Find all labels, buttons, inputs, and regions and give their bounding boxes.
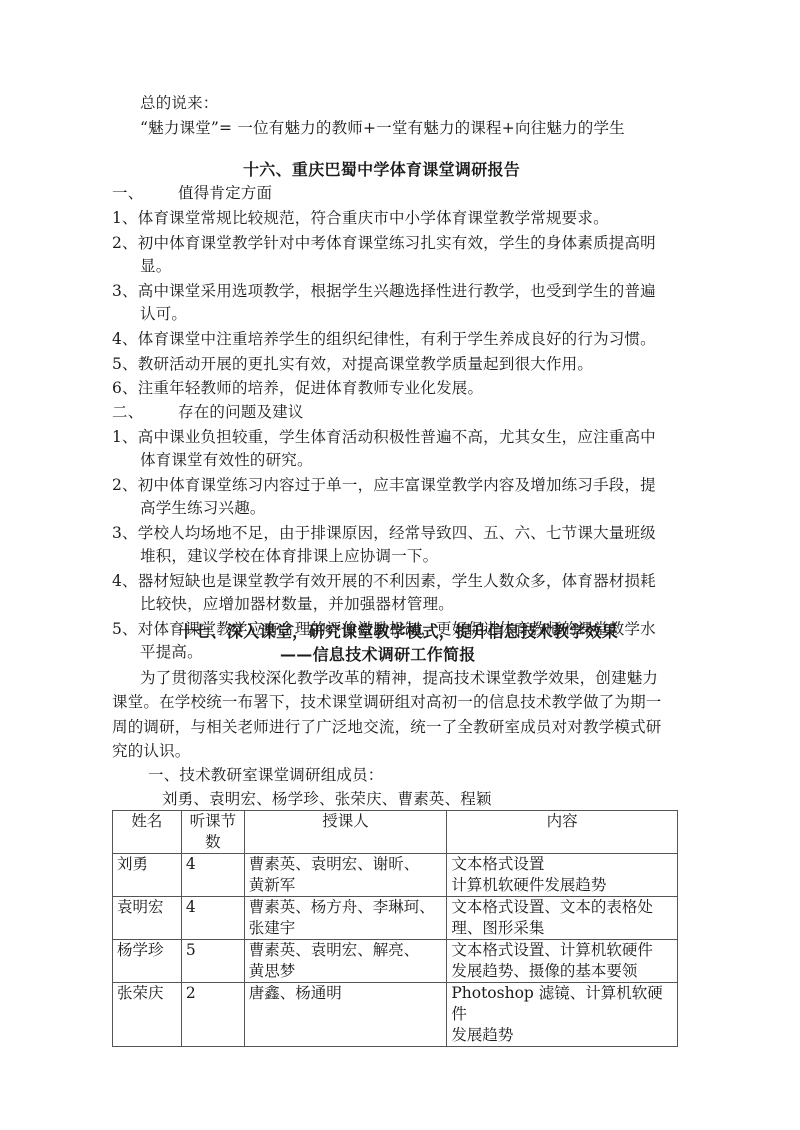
header-content: 内容 xyxy=(447,811,678,854)
part2-item-4: 4、器材短缺也是课堂教学有效开展的不利因素，学生人数众多，体育器材损耗 xyxy=(112,571,656,591)
cell-name: 张荣庆 xyxy=(113,983,182,1047)
table-header-row: 姓名 听课节 数 授课人 内容 xyxy=(113,811,678,854)
intro-paragraph-line-4: 究的认识。 xyxy=(112,741,191,761)
part1-item-3: 3、高中课堂采用选项教学，根据学生兴趣选择性进行教学，也受到学生的普遍 xyxy=(112,281,656,301)
header-name: 姓名 xyxy=(113,811,182,854)
members-heading: 一、技术教研室课堂调研组成员： xyxy=(148,765,384,785)
part1-item-2-cont: 显。 xyxy=(140,256,171,276)
header-count: 听课节 数 xyxy=(181,811,244,854)
cell-content: Photoshop 滤镜、计算机软硬件 发展趋势 xyxy=(447,983,678,1047)
part2-item-3: 3、学校人均场地不足，由于排课原因，经常导致四、五、六、七节课大量班级 xyxy=(112,523,656,543)
listening-table: 姓名 听课节 数 授课人 内容 刘勇 4 曹素英、袁明宏、谢昕、 黄新军 文本格… xyxy=(112,810,678,1047)
part2-item-3-cont: 堆积，建议学校在体育排课上应协调一下。 xyxy=(140,546,438,566)
intro-paragraph-line-2: 课堂。在学校统一布署下，技术课堂调研组对高初一的信息技术教学做了为期一 xyxy=(112,692,662,712)
cell-name: 袁明宏 xyxy=(113,897,182,940)
part2-number: 二、 xyxy=(112,402,143,422)
cell-count: 4 xyxy=(181,897,244,940)
part1-item-2: 2、初中体育课堂教学针对中考体育课堂练习扎实有效，学生的身体素质提高明 xyxy=(112,233,656,253)
cell-content: 文本格式设置、计算机软硬件 发展趋势、摄像的基本要领 xyxy=(447,940,678,983)
part2-item-2-cont: 高学生练习兴趣。 xyxy=(140,498,266,518)
cell-teachers: 唐鑫、杨通明 xyxy=(244,983,447,1047)
section17-title: 十七、深入课堂，研究课堂教学模式，提升信息技术教学效果 xyxy=(178,622,618,642)
part2-item-5-cont: 平提高。 xyxy=(140,642,203,662)
charm-formula: “魅力课堂”= 一位有魅力的教师+一堂有魅力的课程+向往魅力的学生 xyxy=(140,118,625,138)
part1-heading: 值得肯定方面 xyxy=(178,183,272,203)
summary-label: 总的说来： xyxy=(140,93,219,113)
part1-number: 一、 xyxy=(112,183,143,203)
intro-paragraph-line-1: 为了贯彻落实我校深化教学改革的精神，提高技术课堂教学效果，创建魅力 xyxy=(140,668,658,688)
part2-item-2: 2、初中体育课堂练习内容过于单一，应丰富课堂教学内容及增加练习手段，提 xyxy=(112,475,656,495)
cell-teachers: 曹素英、袁明宏、谢昕、 黄新军 xyxy=(244,854,447,897)
part2-item-4-cont: 比较快，应增加器材数量，并加强器材管理。 xyxy=(140,594,454,614)
cell-name: 刘勇 xyxy=(113,854,182,897)
cell-count: 5 xyxy=(181,940,244,983)
cell-count: 4 xyxy=(181,854,244,897)
part2-heading: 存在的问题及建议 xyxy=(178,402,304,422)
part1-item-1: 1、体育课堂常规比较规范，符合重庆市中小学体育课堂教学常规要求。 xyxy=(112,208,609,228)
cell-teachers: 曹素英、袁明宏、解亮、 黄思梦 xyxy=(244,940,447,983)
part1-item-6: 6、注重年轻教师的培养，促进体育教师专业化发展。 xyxy=(112,378,483,398)
table-row: 张荣庆 2 唐鑫、杨通明 Photoshop 滤镜、计算机软硬件 发展趋势 xyxy=(113,983,678,1047)
table-row: 刘勇 4 曹素英、袁明宏、谢昕、 黄新军 文本格式设置 计算机软硬件发展趋势 xyxy=(113,854,678,897)
table-row: 杨学珍 5 曹素英、袁明宏、解亮、 黄思梦 文本格式设置、计算机软硬件 发展趋势… xyxy=(113,940,678,983)
cell-content: 文本格式设置、文本的表格处 理、图形采集 xyxy=(447,897,678,940)
part1-item-4: 4、体育课堂中注重培养学生的组织纪律性，有利于学生养成良好的行为习惯。 xyxy=(112,329,656,349)
section16-title: 十六、重庆巴蜀中学体育课堂调研报告 xyxy=(243,160,520,180)
header-teachers: 授课人 xyxy=(244,811,447,854)
part2-item-1-cont: 体育课堂有效性的研究。 xyxy=(140,450,313,470)
cell-count: 2 xyxy=(181,983,244,1047)
section17-subtitle: ——信息技术调研工作简报 xyxy=(280,645,476,665)
document-page: 总的说来： “魅力课堂”= 一位有魅力的教师+一堂有魅力的课程+向往魅力的学生 … xyxy=(0,0,800,1130)
cell-teachers: 曹素英、杨方舟、李琳珂、 张建宇 xyxy=(244,897,447,940)
cell-name: 杨学珍 xyxy=(113,940,182,983)
table-row: 袁明宏 4 曹素英、杨方舟、李琳珂、 张建宇 文本格式设置、文本的表格处 理、图… xyxy=(113,897,678,940)
cell-content: 文本格式设置 计算机软硬件发展趋势 xyxy=(447,854,678,897)
intro-paragraph-line-3: 周的调研，与相关老师进行了广泛地交流，统一了全教研室成员对对教学模式研 xyxy=(112,717,662,737)
part1-item-3-cont: 认可。 xyxy=(140,304,187,324)
members-list: 刘勇、袁明宏、杨学珍、张荣庆、曹素英、程颖 xyxy=(162,789,492,809)
part2-item-1: 1、高中课业负担较重，学生体育活动积极性普遍不高，尤其女生，应注重高中 xyxy=(112,427,656,447)
part1-item-5: 5、教研活动开展的更扎实有效，对提高课堂教学质量起到很大作用。 xyxy=(112,354,593,374)
